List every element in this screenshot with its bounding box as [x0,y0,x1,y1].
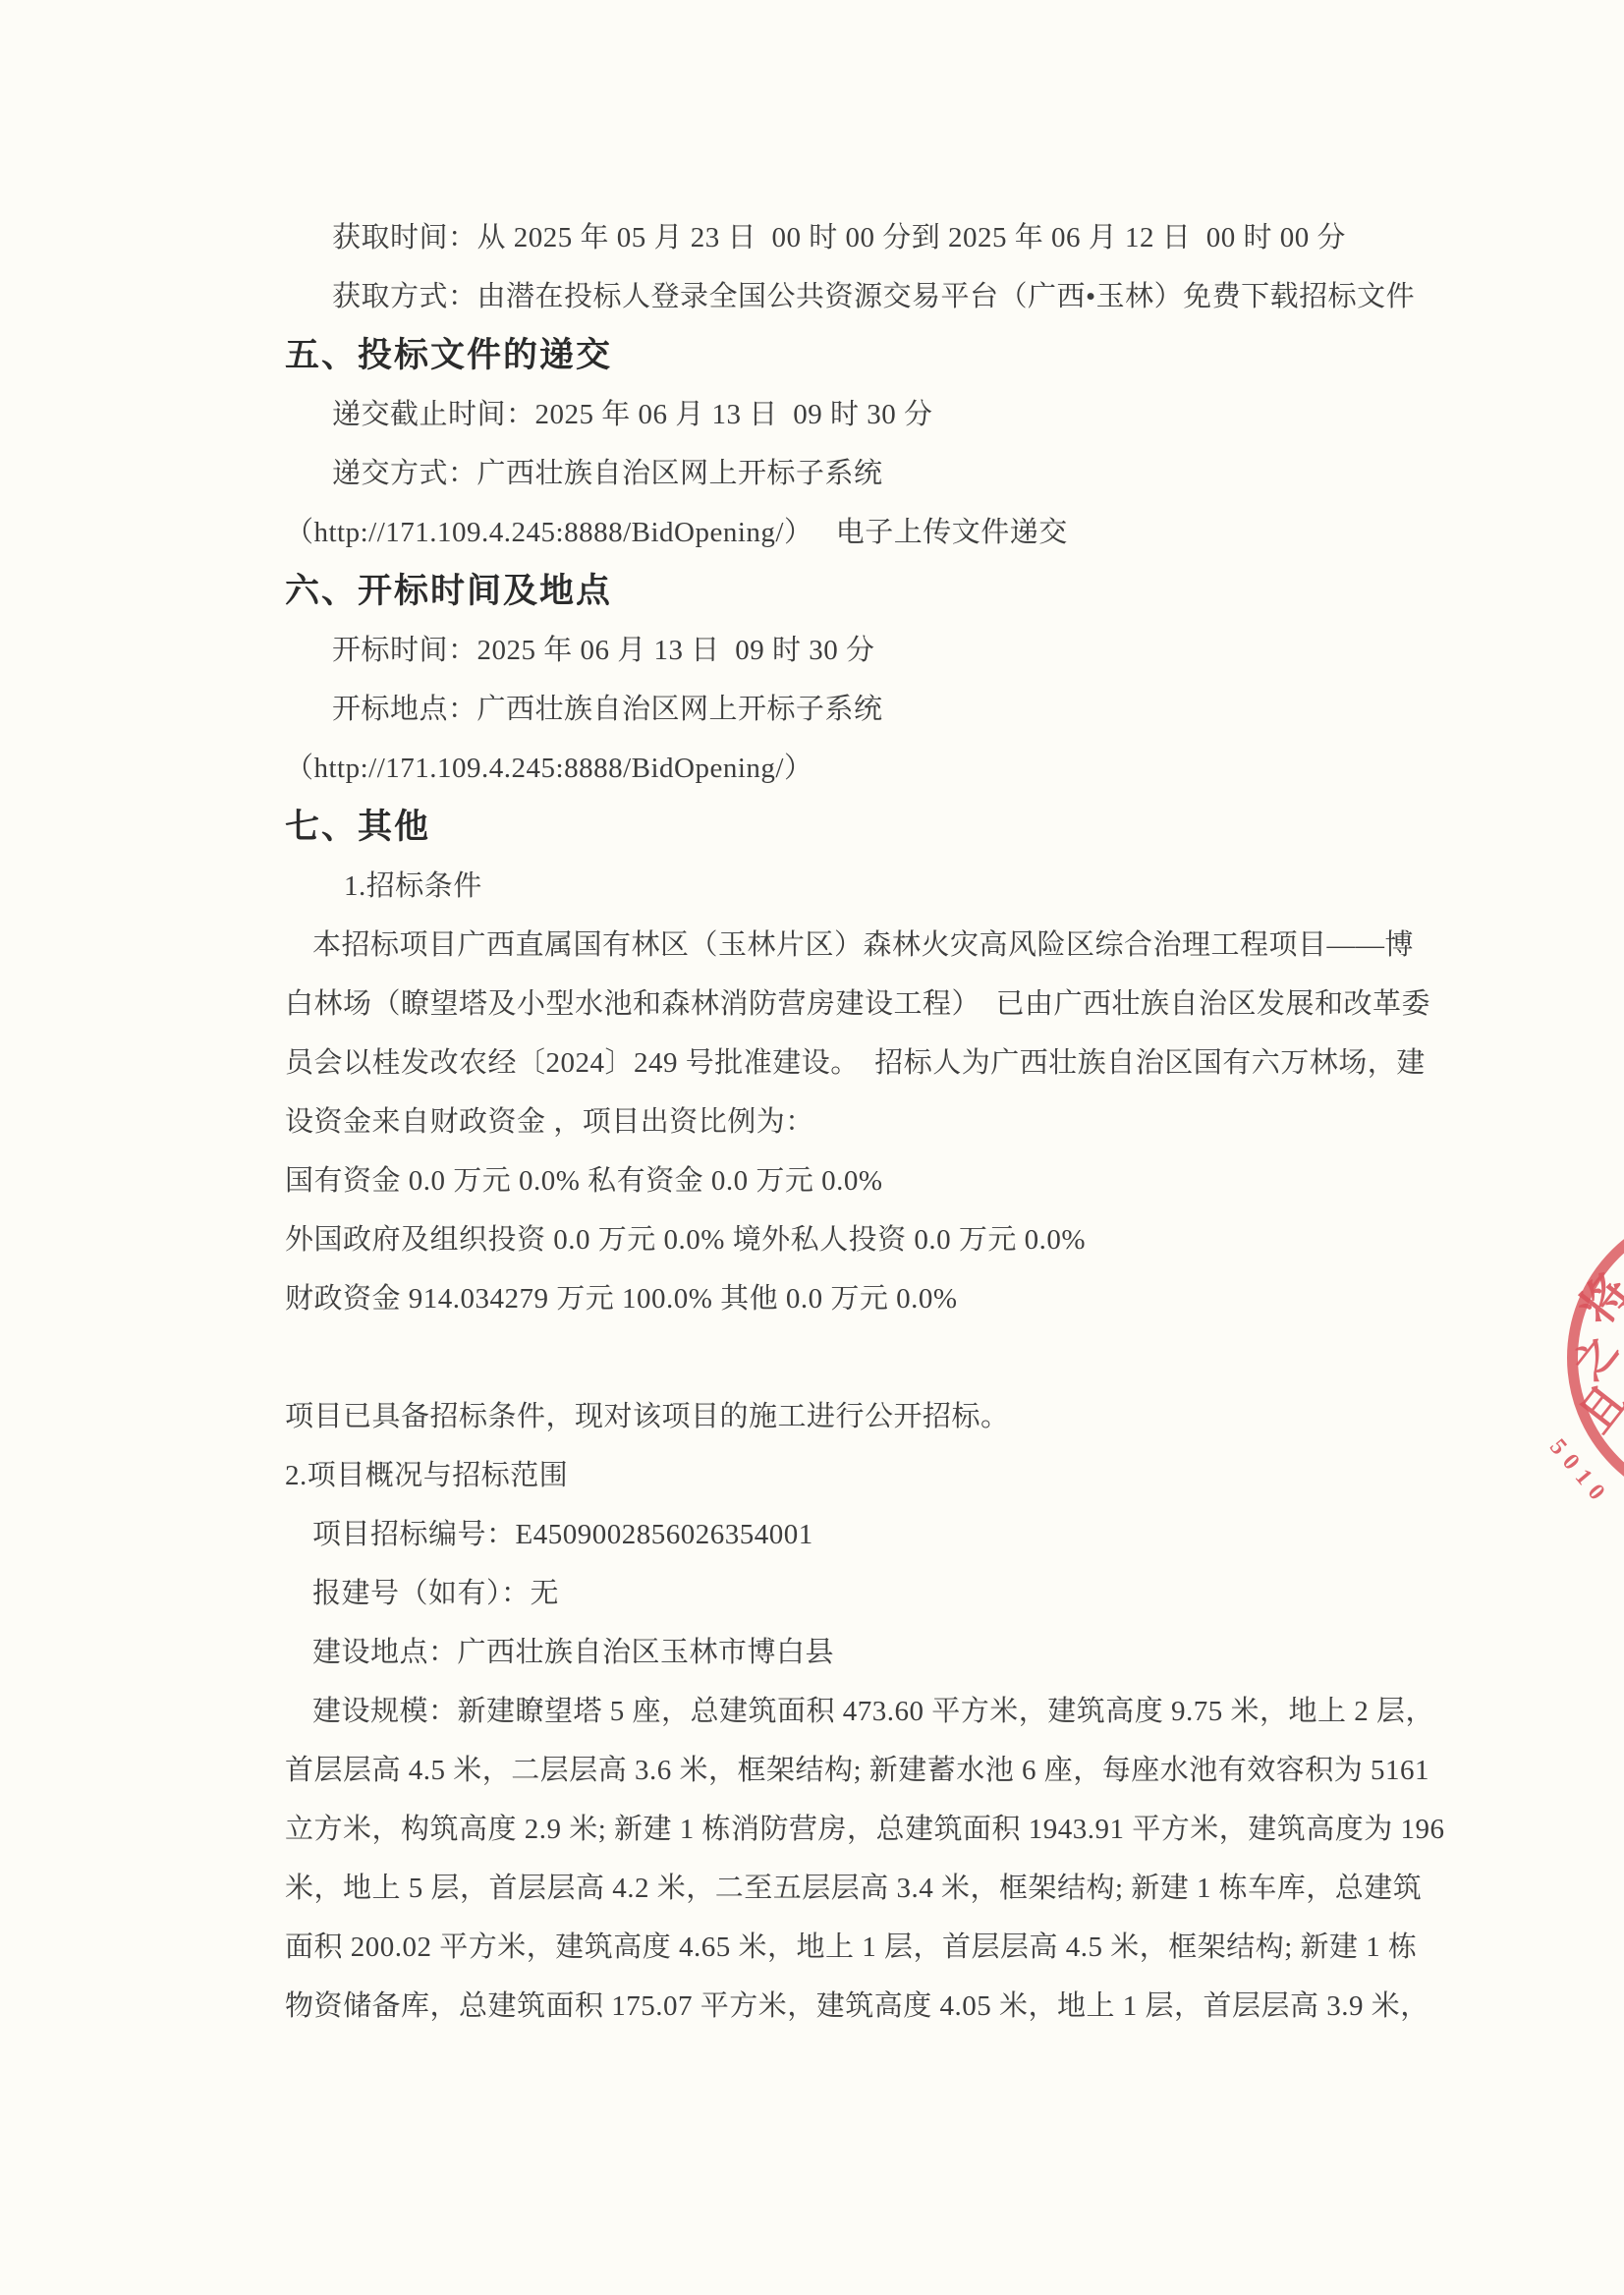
section-heading: 六、开标时间及地点 [285,562,1395,621]
doc-line [285,1328,1395,1387]
scanned-document-page: 获取时间：从 2025 年 05 月 23 日 00 时 00 分到 2025 … [0,0,1624,2295]
doc-line: 国有资金 0.0 万元 0.0% 私有资金 0.0 万元 0.0% [285,1151,1395,1210]
doc-line: 1.招标条件 [285,857,1395,916]
doc-line: 物资储备库，总建筑面积 175.07 平方米，建筑高度 4.05 米，地上 1 … [285,1977,1395,2036]
doc-line: 立方米，构筑高度 2.9 米; 新建 1 栋消防营房，总建筑面积 1943.91… [285,1800,1395,1859]
doc-line: 白林场（瞭望塔及小型水池和森林消防营房建设工程） 已由广西壮族自治区发展和改革委 [285,975,1395,1034]
doc-line: 递交方式：广西壮族自治区网上开标子系统 [285,444,1395,503]
doc-line: 递交截止时间：2025 年 06 月 13 日 09 时 30 分 [285,385,1395,444]
doc-line: 首层层高 4.5 米，二层层高 3.6 米，框架结构; 新建蓄水池 6 座，每座… [285,1741,1395,1800]
section-heading: 五、投标文件的递交 [285,326,1395,385]
doc-line: 米，地上 5 层，首层层高 4.2 米，二至五层层高 3.4 米，框架结构; 新… [285,1859,1395,1918]
doc-line: 员会以桂发改农经〔2024〕249 号批准建设。 招标人为广西壮族自治区国有六万… [285,1034,1395,1092]
doc-line: 报建号（如有）：无 [285,1564,1395,1623]
doc-line: 本招标项目广西直属国有林区（玉林片区）森林火灾高风险区综合治理工程项目——博 [285,916,1395,975]
doc-line: 财政资金 914.034279 万元 100.0% 其他 0.0 万元 0.0% [285,1269,1395,1328]
doc-line: 外国政府及组织投资 0.0 万元 0.0% 境外私人投资 0.0 万元 0.0% [285,1210,1395,1269]
doc-line: 建设地点：广西壮族自治区玉林市博白县 [285,1623,1395,1682]
doc-line: 开标时间：2025 年 06 月 13 日 09 时 30 分 [285,621,1395,680]
doc-line: 建设规模：新建瞭望塔 5 座，总建筑面积 473.60 平方米，建筑高度 9.7… [285,1682,1395,1741]
doc-line: 设资金来自财政资金 ，项目出资比例为： [285,1092,1395,1151]
doc-line: 项目已具备招标条件，现对该项目的施工进行公开招标。 [285,1387,1395,1446]
doc-line: 2.项目概况与招标范围 [285,1446,1395,1505]
doc-line: （http://171.109.4.245:8888/BidOpening/） … [285,503,1395,562]
doc-line: 获取时间：从 2025 年 05 月 23 日 00 时 00 分到 2025 … [285,208,1395,267]
section-heading: 七、其他 [285,798,1395,857]
doc-line: 获取方式：由潜在投标人登录全国公共资源交易平台（广西•玉林）免费下载招标文件 [285,267,1395,326]
document-body: 获取时间：从 2025 年 05 月 23 日 00 时 00 分到 2025 … [285,208,1395,2036]
doc-line: 面积 200.02 平方米，建筑高度 4.65 米，地上 1 层，首层层高 4.… [285,1918,1395,1977]
doc-line: 开标地点：广西壮族自治区网上开标子系统 [285,680,1395,739]
doc-line: 项目招标编号：E4509002856026354001 [285,1505,1395,1564]
doc-line: （http://171.109.4.245:8888/BidOpening/） [285,739,1395,798]
